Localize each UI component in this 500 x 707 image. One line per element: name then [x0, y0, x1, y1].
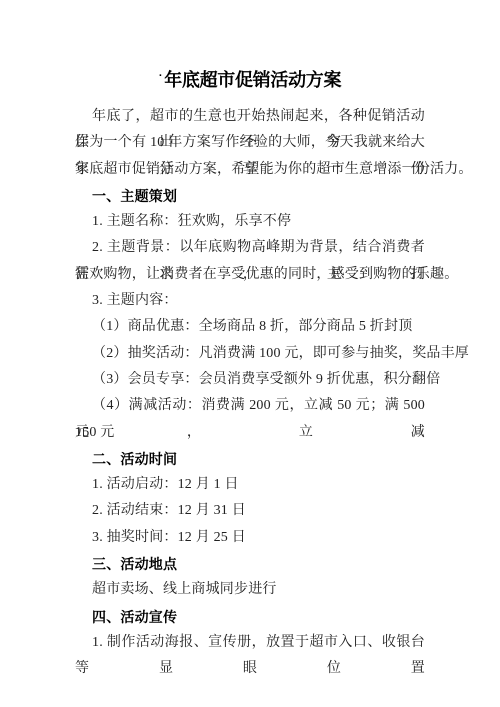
document-title-text: 年底超市促销活动方案: [164, 70, 341, 90]
theme-name-item: 1. 主题名称：狂欢购，乐享不停: [75, 209, 425, 235]
intro-line-2: 作为一个有 10 年方案写作经验的大师，今天我就来给大家分享一份: [75, 130, 425, 156]
time-start-item: 1. 活动启动：12 月 1 日: [75, 472, 425, 498]
location-line: 超市卖场、线上商城同步进行: [75, 577, 425, 603]
title-dot-mark: ·: [159, 70, 162, 82]
promo-poster-item: 1. 制作活动海报、宣传册，放置于超市入口、收银台等显眼位置: [75, 630, 425, 656]
theme-background-item: 2. 主题背景：以年底购物高峰期为背景，结合消费者需求，主打: [75, 235, 425, 261]
section-4-heading: 四、活动宣传: [75, 604, 425, 630]
theme-content-item: 3. 主题内容：: [75, 288, 425, 314]
offer-lottery-item: （2）抽奖活动：凡消费满 100 元，即可参与抽奖，奖品丰厚: [75, 341, 425, 367]
section-1-heading: 一、主题策划: [75, 183, 425, 209]
intro-line-3: 年底超市促销活动方案，希望能为你的超市生意增添一份活力。: [75, 157, 425, 183]
document-title: ·年底超市促销活动方案: [60, 63, 440, 93]
time-lottery-item: 3. 抽奖时间：12 月 25 日: [75, 525, 425, 551]
document-body: 年底了，超市的生意也开始热闹起来，各种促销活动层出不穷。 作为一个有 10 年方…: [0, 104, 500, 656]
offer-discount-item: （1）商品优惠：全场商品 8 折，部分商品 5 折封顶: [75, 314, 425, 340]
offer-member-item: （3）会员专享：会员消费享受额外 9 折优惠，积分翻倍: [75, 367, 425, 393]
intro-line-1: 年底了，超市的生意也开始热闹起来，各种促销活动层出不穷。: [75, 104, 425, 130]
time-end-item: 2. 活动结束：12 月 31 日: [75, 498, 425, 524]
document-page: ·年底超市促销活动方案 年底了，超市的生意也开始热闹起来，各种促销活动层出不穷。…: [0, 0, 500, 707]
section-3-heading: 三、活动地点: [75, 551, 425, 577]
theme-background-cont: 狂欢购物，让消费者在享受优惠的同时，感受到购物的乐趣。: [75, 262, 425, 288]
section-2-heading: 二、活动时间: [75, 446, 425, 472]
offer-fullreduction-item: （4）满减活动：消费满 200 元，立减 50 元；满 500 元，立减: [75, 393, 425, 419]
